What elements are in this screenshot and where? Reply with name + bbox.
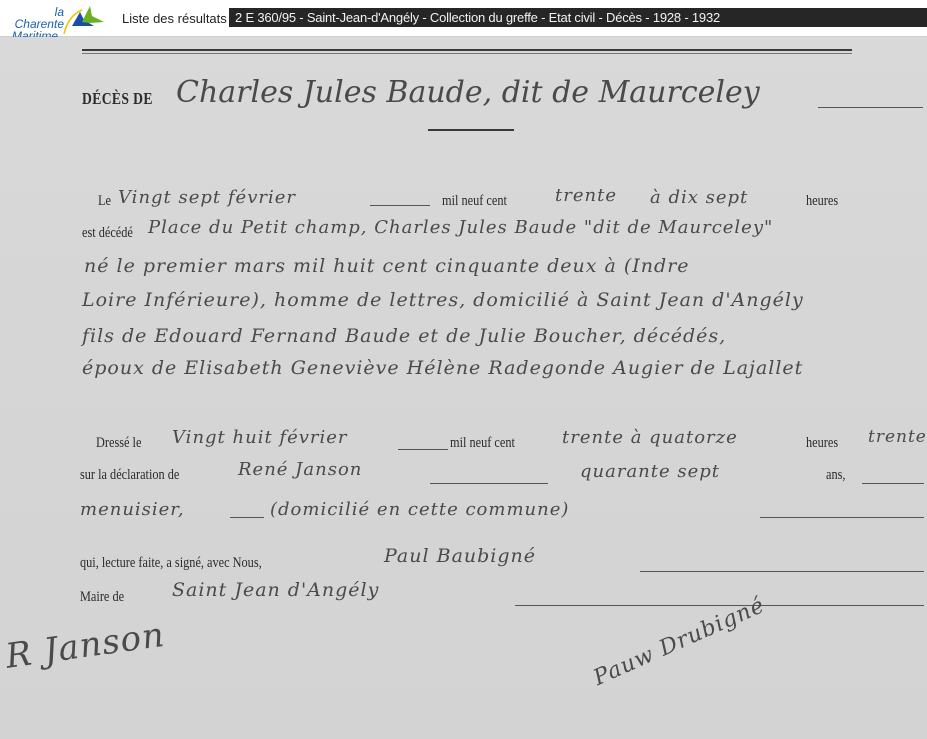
line11-label: Maire de xyxy=(80,589,124,606)
line7-label2: mil neuf cent xyxy=(450,435,515,452)
line9-occupation: menuisier, xyxy=(80,499,185,520)
header-bar: la Charente Maritime Liste des résultats… xyxy=(0,0,927,37)
line10-label: qui, lecture faite, a signé, avec Nous, xyxy=(80,555,262,572)
line8-label2: ans, xyxy=(826,467,845,484)
line7-fill xyxy=(398,449,448,450)
line9-fill xyxy=(230,517,264,518)
line11-fill xyxy=(515,605,924,606)
line1-label2: mil neuf cent xyxy=(442,193,507,210)
birds-logo-icon xyxy=(60,4,108,34)
line7-label3: heures xyxy=(806,435,838,452)
document-image[interactable]: DÉCÈS DE Charles Jules Baude, dit de Mau… xyxy=(0,37,927,739)
line8-fill2 xyxy=(862,483,924,484)
line7-year: trente à quatorze xyxy=(562,427,738,448)
line4-residence: Loire Inférieure), homme de lettres, dom… xyxy=(82,289,804,311)
line7-min: trente xyxy=(868,427,927,447)
line2-place: Place du Petit champ, Charles Jules Baud… xyxy=(148,217,773,238)
line10-fill xyxy=(640,571,924,572)
logo[interactable]: la Charente Maritime xyxy=(0,4,110,34)
signature-left: R Janson xyxy=(3,615,167,677)
line2-label: est décédé xyxy=(82,225,133,242)
line7-label: Dressé le xyxy=(96,435,141,452)
line10-mayor: Paul Baubigné xyxy=(384,545,536,567)
line1-hour: à dix sept xyxy=(650,187,748,208)
line1-fill xyxy=(370,205,430,206)
results-label: Liste des résultats : xyxy=(122,11,234,26)
title-hand: Charles Jules Baude, dit de Maurceley xyxy=(176,75,760,110)
ornament xyxy=(428,129,514,131)
line7-date: Vingt huit février xyxy=(172,427,348,448)
line6-spouse: époux de Elisabeth Geneviève Hélène Rade… xyxy=(82,357,803,379)
line9-domicile: (domicilié en cette commune) xyxy=(270,499,569,520)
top-rule-thin xyxy=(82,53,852,54)
results-title-bar[interactable]: 2 E 360/95 - Saint-Jean-d'Angély - Colle… xyxy=(229,8,927,27)
line9-fill2 xyxy=(760,517,924,518)
line8-fill xyxy=(430,483,548,484)
line11-commune: Saint Jean d'Angély xyxy=(172,579,379,601)
line5-parents: fils de Edouard Fernand Baude et de Juli… xyxy=(82,325,726,347)
line3-birth: né le premier mars mil huit cent cinquan… xyxy=(84,255,690,277)
title-printed: DÉCÈS DE xyxy=(82,89,153,109)
line1-date: Vingt sept février xyxy=(118,187,296,208)
top-rule xyxy=(82,49,852,51)
line1-label: Le xyxy=(98,193,111,210)
line1-year: trente xyxy=(555,185,617,206)
title-fill xyxy=(818,107,923,108)
line8-age: quarante sept xyxy=(580,461,720,482)
line8-declarant: René Janson xyxy=(238,459,362,480)
logo-line1: la Charente xyxy=(2,6,64,30)
line1-label3: heures xyxy=(806,193,838,210)
signature-right: Pauw Drubigné xyxy=(590,593,769,691)
line8-label: sur la déclaration de xyxy=(80,467,179,484)
